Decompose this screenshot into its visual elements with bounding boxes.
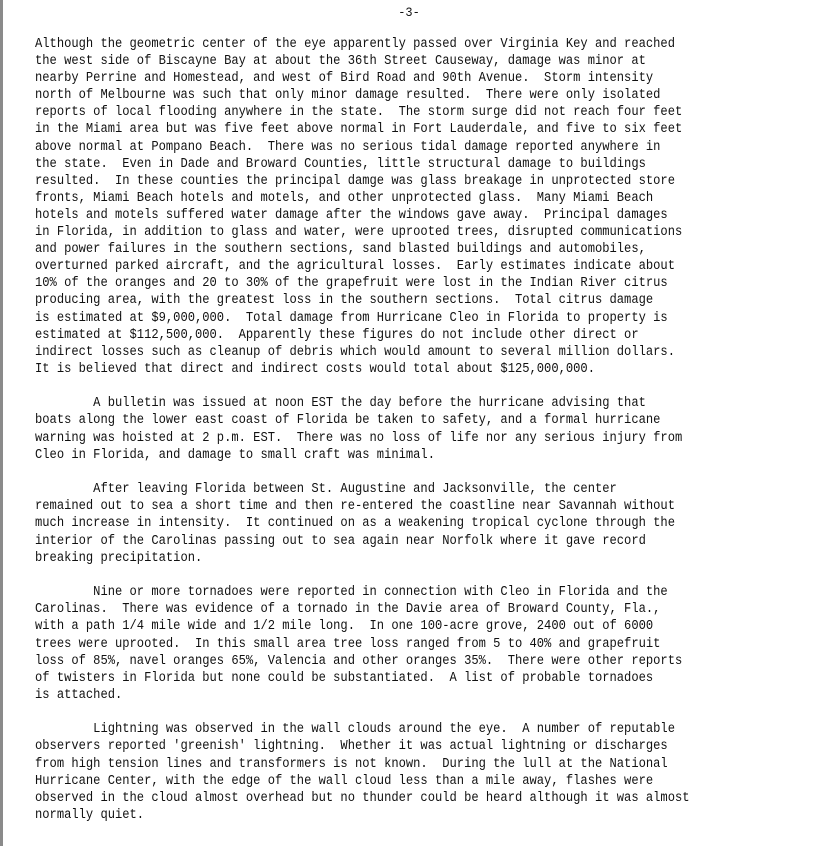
paragraph-gap [35,704,815,722]
text-line: with a path 1/4 mile wide and 1/2 mile l… [35,618,741,635]
text-line: and power failures in the southern secti… [35,241,741,258]
text-line: hotels and motels suffered water damage … [35,207,741,224]
text-line: 10% of the oranges and 20 to 30% of the … [35,275,741,292]
text-line: Lightning was observed in the wall cloud… [35,721,741,738]
text-line: nearby Perrine and Homestead, and west o… [35,70,741,87]
text-line: Cleo in Florida, and damage to small cra… [35,447,741,464]
text-line: reports of local flooding anywhere in th… [35,104,741,121]
text-line: Hurricane Center, with the edge of the w… [35,773,741,790]
paragraph: Although the geometric center of the eye… [35,36,815,378]
text-line: north of Melbourne was such that only mi… [35,87,741,104]
text-line: Although the geometric center of the eye… [35,36,741,53]
text-line: in Florida, in addition to glass and wat… [35,224,741,241]
text-line: producing area, with the greatest loss i… [35,292,741,309]
text-line: remained out to sea a short time and the… [35,498,741,515]
paragraph: Lightning was observed in the wall cloud… [35,721,815,824]
text-line: trees were uprooted. In this small area … [35,636,741,653]
text-line: warning was hoisted at 2 p.m. EST. There… [35,430,741,447]
text-line: Carolinas. There was evidence of a torna… [35,601,741,618]
text-line: normally quiet. [35,807,741,824]
text-line: is attached. [35,687,741,704]
text-line: loss of 85%, navel oranges 65%, Valencia… [35,653,741,670]
text-line: indirect losses such as cleanup of debri… [35,344,741,361]
page-number: -3- [33,5,786,20]
text-line: breaking precipitation. [35,550,741,567]
text-line: boats along the lower east coast of Flor… [35,412,741,429]
paragraph-gap [35,464,815,482]
text-line: interior of the Carolinas passing out to… [35,533,741,550]
text-line: A bulletin was issued at noon EST the da… [35,395,741,412]
text-line: observed in the cloud almost overhead bu… [35,790,741,807]
text-line: resulted. In these counties the principa… [35,173,741,190]
text-line: of twisters in Florida but none could be… [35,670,741,687]
paragraph-gap [35,567,815,585]
paragraph-gap [35,378,815,396]
text-line: It is believed that direct and indirect … [35,361,741,378]
text-line: much increase in intensity. It continued… [35,515,741,532]
text-line: from high tension lines and transformers… [35,756,741,773]
text-line: observers reported 'greenish' lightning.… [35,738,741,755]
text-line: is estimated at $9,000,000. Total damage… [35,310,741,327]
text-line: the west side of Biscayne Bay at about t… [35,53,741,70]
text-line: in the Miami area but was five feet abov… [35,121,741,138]
document-body: Although the geometric center of the eye… [35,36,815,824]
text-line: After leaving Florida between St. August… [35,481,741,498]
text-line: Nine or more tornadoes were reported in … [35,584,741,601]
text-line: overturned parked aircraft, and the agri… [35,258,741,275]
text-line: fronts, Miami Beach hotels and motels, a… [35,190,741,207]
paragraph: After leaving Florida between St. August… [35,481,815,566]
scan-edge-border [0,0,3,846]
text-line: estimated at $112,500,000. Apparently th… [35,327,741,344]
text-line: the state. Even in Dade and Broward Coun… [35,156,741,173]
text-line: above normal at Pompano Beach. There was… [35,139,741,156]
paragraph: Nine or more tornadoes were reported in … [35,584,815,704]
paragraph: A bulletin was issued at noon EST the da… [35,395,815,463]
